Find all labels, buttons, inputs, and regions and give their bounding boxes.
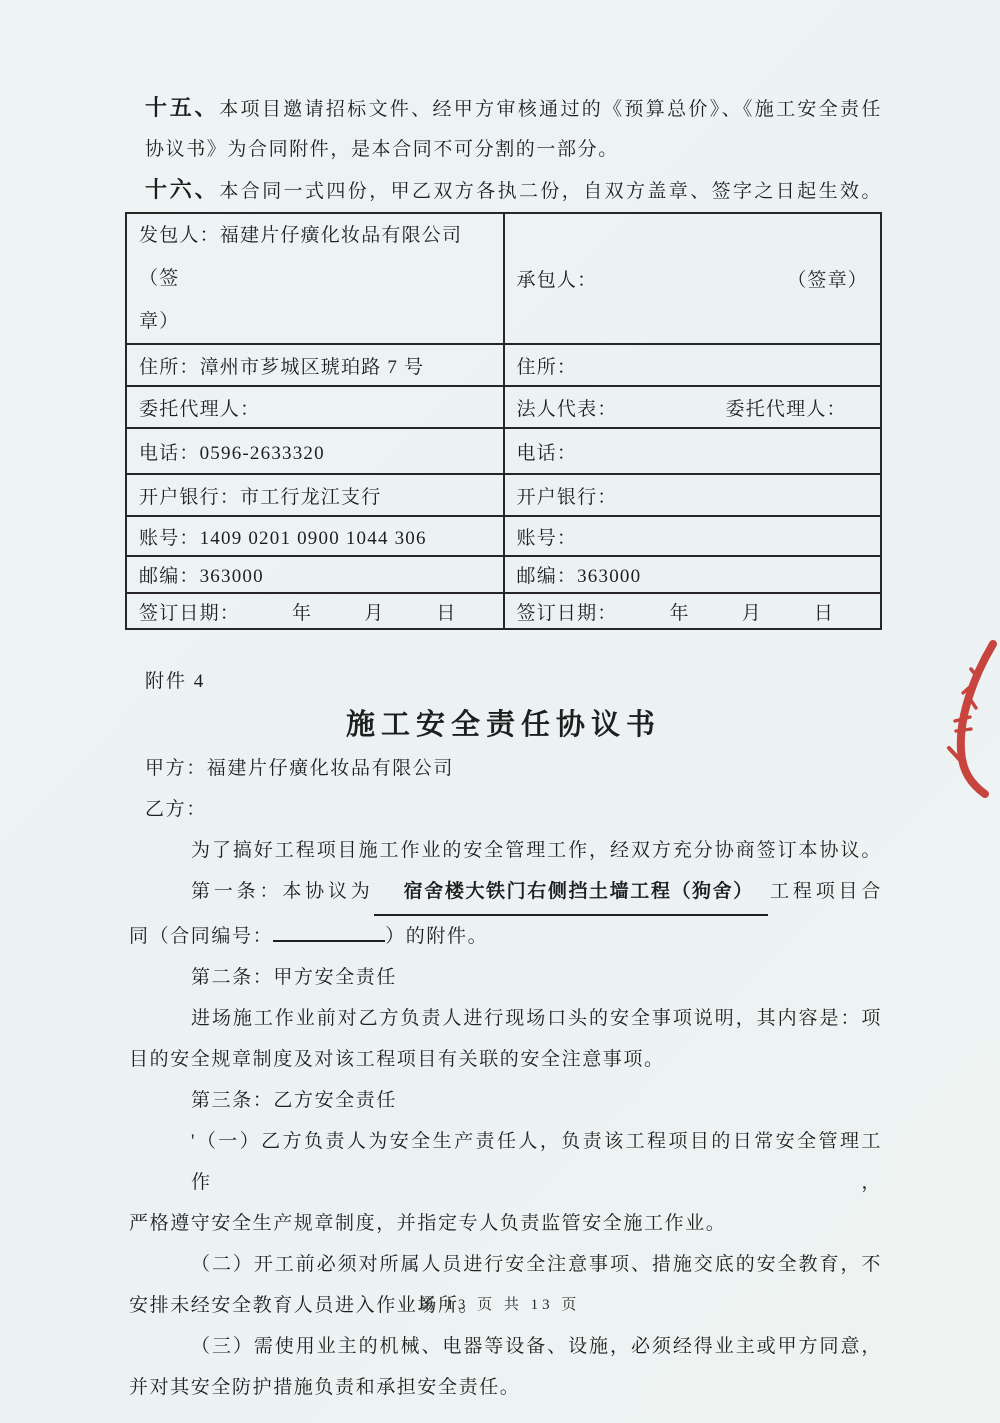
intro-paragraph: 为了搞好工程项目施工作业的安全管理工作，经双方充分协商签订本协议。 bbox=[125, 830, 882, 871]
attachment-title: 施工安全责任协议书 bbox=[125, 702, 882, 748]
party-a-line: 甲方：福建片仔癀化妆品有限公司 bbox=[125, 748, 882, 789]
clause-15-text-1: 本项目邀请招标文件、经甲方审核通过的《预算总价》、《施工安全责任 bbox=[219, 99, 882, 120]
entrusted-agent-label: 委托代理人： bbox=[726, 394, 847, 421]
day-label: 日 bbox=[814, 598, 834, 625]
table-row-parties: 发包人：福建片仔癀化妆品有限公司（签 章） 承包人： （签章） bbox=[126, 213, 881, 344]
seal-rim-arc bbox=[961, 644, 993, 794]
contractor-postcode-cell: 邮编：363000 bbox=[504, 556, 882, 593]
seal-character-stroke bbox=[949, 748, 959, 759]
party-b-line: 乙方： bbox=[125, 789, 882, 830]
employer-phone-cell: 电话：0596-2633320 bbox=[126, 428, 504, 474]
item-1-line-1: '（一）乙方负责人为安全生产责任人，负责该工程项目的日常安全管理工作， bbox=[125, 1121, 882, 1203]
scanned-contract-page: 十五、本项目邀请招标文件、经甲方审核通过的《预算总价》、《施工安全责任 协议书》… bbox=[0, 0, 1000, 1423]
clause-1-suffix: 工程项目合 bbox=[768, 881, 882, 902]
employer-name-line-1: 发包人：福建片仔癀化妆品有限公司（签 bbox=[139, 214, 491, 300]
contract-number-pre: 同（合同编号： bbox=[129, 926, 273, 947]
project-name-underlined: 宿舍楼大铁门右侧挡土墙工程（狗舍） bbox=[374, 871, 768, 916]
contractor-cell: 承包人： （签章） bbox=[504, 213, 882, 344]
employer-postcode-cell: 邮编：363000 bbox=[126, 556, 504, 593]
legal-representative-label: 法人代表： bbox=[517, 394, 618, 421]
item-2-line-1: （二）开工前必须对所属人员进行安全注意事项、措施交底的安全教育，不 bbox=[125, 1244, 882, 1285]
clause-15-line-2: 协议书》为合同附件，是本合同不可分割的一部分。 bbox=[125, 130, 882, 170]
contractor-seal-label: （签章） bbox=[787, 265, 868, 292]
seal-character-stroke bbox=[971, 669, 978, 678]
employer-agent-cell: 委托代理人： bbox=[126, 386, 504, 428]
contractor-phone-cell: 电话： bbox=[504, 428, 882, 474]
table-row-bank: 开户银行：市工行龙江支行 开户银行： bbox=[126, 474, 881, 516]
contract-number-blank bbox=[273, 916, 385, 942]
table-row-phone: 电话：0596-2633320 电话： bbox=[126, 428, 881, 474]
employer-address-cell: 住所：漳州市芗城区琥珀路 7 号 bbox=[126, 344, 504, 386]
table-row-postcode: 邮编：363000 邮编：363000 bbox=[126, 556, 881, 593]
contractor-label: 承包人： bbox=[517, 265, 598, 292]
employer-cell: 发包人：福建片仔癀化妆品有限公司（签 章） bbox=[126, 213, 504, 344]
clause-3-title: 第三条：乙方安全责任 bbox=[125, 1080, 882, 1121]
attachment-label: 附件 4 bbox=[125, 662, 882, 702]
clause-15-number: 十五、 bbox=[145, 95, 219, 120]
signature-table: 发包人：福建片仔癀化妆品有限公司（签 章） 承包人： （签章） 住所：漳州市芗城… bbox=[125, 212, 882, 630]
table-row-account: 账号：1409 0201 0900 1044 306 账号： bbox=[126, 516, 881, 556]
month-label: 月 bbox=[364, 598, 384, 625]
contract-number-post: ）的附件。 bbox=[385, 926, 488, 947]
clause-2-title: 第二条：甲方安全责任 bbox=[125, 957, 882, 998]
seal-arc-graphic bbox=[943, 638, 1000, 813]
clause-16-number: 十六、 bbox=[145, 177, 219, 202]
employer-account-cell: 账号：1409 0201 0900 1044 306 bbox=[126, 516, 504, 556]
clause-2-line-2: 目的安全规章制度及对该工程项目有关联的安全注意事项。 bbox=[125, 1039, 882, 1080]
employer-name-line-2: 章） bbox=[139, 300, 491, 343]
contractor-sign-date-cell: 签订日期：年月日 bbox=[504, 593, 882, 629]
seal-character-stroke bbox=[955, 717, 970, 721]
clause-1-line-1: 第一条：本协议为宿舍楼大铁门右侧挡土墙工程（狗舍）工程项目合 bbox=[125, 871, 882, 916]
item-3-line-2: 并对其安全防护措施负责和承担安全责任。 bbox=[125, 1367, 882, 1408]
employer-sign-date-cell: 签订日期：年月日 bbox=[126, 593, 504, 629]
employer-bank-cell: 开户银行：市工行龙江支行 bbox=[126, 474, 504, 516]
month-label: 月 bbox=[742, 598, 762, 625]
year-label: 年 bbox=[670, 598, 690, 625]
sign-date-label: 签订日期： bbox=[139, 603, 240, 624]
document-body: 十五、本项目邀请招标文件、经甲方审核通过的《预算总价》、《施工安全责任 协议书》… bbox=[125, 88, 882, 1408]
contractor-account-cell: 账号： bbox=[504, 516, 882, 556]
sign-date-label: 签订日期： bbox=[517, 603, 618, 624]
contractor-address-cell: 住所： bbox=[504, 344, 882, 386]
item-3-line-1: （三）需使用业主的机械、电器等设备、设施，必须经得业主或甲方同意， bbox=[125, 1326, 882, 1367]
seal-character-stroke bbox=[956, 729, 971, 731]
table-row-agents: 委托代理人： 法人代表： 委托代理人： bbox=[126, 386, 881, 428]
contractor-bank-cell: 开户银行： bbox=[504, 474, 882, 516]
item-1-line-2: 严格遵守安全生产规章制度，并指定专人负责监管安全施工作业。 bbox=[125, 1203, 882, 1244]
clause-16-text: 本合同一式四份，甲乙双方各执二份，自双方盖章、签字之日起生效。 bbox=[219, 181, 882, 202]
seal-character-stroke bbox=[970, 699, 976, 708]
contractor-agent-cell: 法人代表： 委托代理人： bbox=[504, 386, 882, 428]
clause-1-prefix: 第一条：本协议为 bbox=[191, 881, 374, 902]
page-number-footer: 第 13 页 共 13 页 bbox=[0, 1293, 1000, 1314]
year-label: 年 bbox=[292, 598, 312, 625]
table-row-address: 住所：漳州市芗城区琥珀路 7 号 住所： bbox=[126, 344, 881, 386]
clause-16-line: 十六、本合同一式四份，甲乙双方各执二份，自双方盖章、签字之日起生效。 bbox=[125, 170, 882, 212]
seal-character-stroke bbox=[963, 685, 972, 693]
table-row-sign-date: 签订日期：年月日 签订日期：年月日 bbox=[126, 593, 881, 629]
red-seal-stamp bbox=[943, 638, 1000, 813]
clause-15-line-1: 十五、本项目邀请招标文件、经甲方审核通过的《预算总价》、《施工安全责任 bbox=[125, 88, 882, 130]
clause-2-line-1: 进场施工作业前对乙方负责人进行现场口头的安全事项说明，其内容是：项 bbox=[125, 998, 882, 1039]
clause-1-line-2: 同（合同编号：）的附件。 bbox=[125, 916, 882, 957]
day-label: 日 bbox=[436, 598, 456, 625]
